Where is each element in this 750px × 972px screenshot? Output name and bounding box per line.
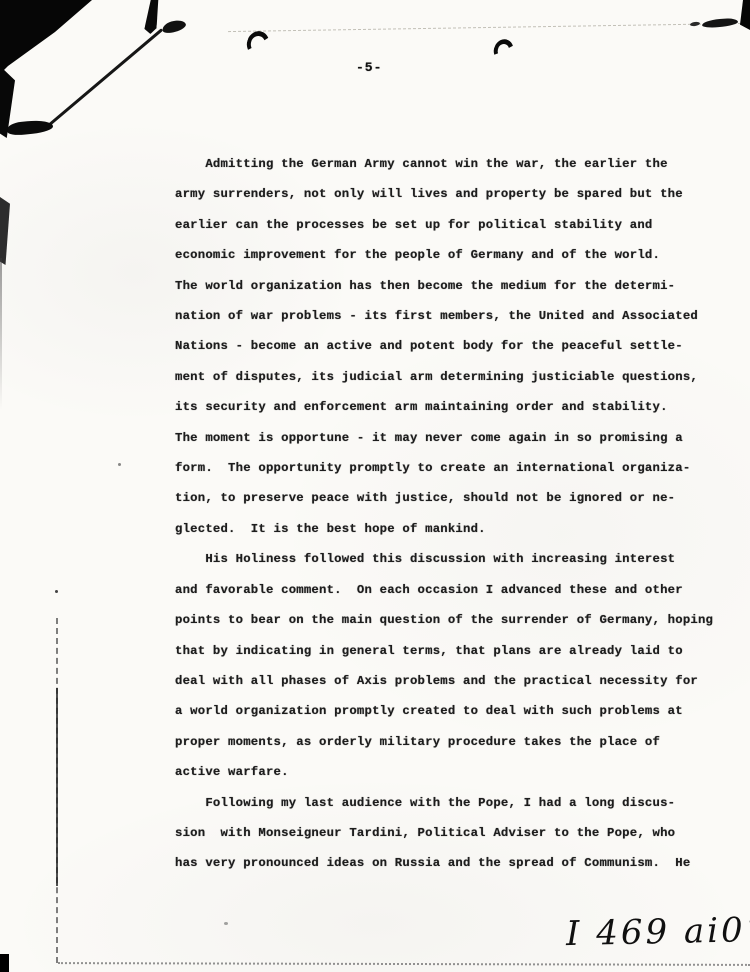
text-line: earlier can the processes be set up for … <box>175 210 720 240</box>
bottom-scan-line <box>58 962 750 966</box>
bottom-left-edge-mark <box>0 954 9 972</box>
fold-crease-mark <box>6 119 53 137</box>
text-line: deal with all phases of Axis problems an… <box>175 666 720 696</box>
text-line: army surrenders, not only will lives and… <box>175 179 720 209</box>
top-right-edge-mark <box>740 0 750 30</box>
text-line: Nations - become an active and potent bo… <box>175 331 720 361</box>
paper-speck <box>224 922 228 925</box>
text-line: form. The opportunity promptly to create… <box>175 453 720 483</box>
text-line: points to bear on the main question of t… <box>175 605 720 635</box>
scanned-document-page: -5- Admitting the German Army cannot win… <box>0 0 750 972</box>
left-vertical-line-dark <box>56 688 58 886</box>
text-line: its security and enforcement arm maintai… <box>175 392 720 422</box>
text-line: ment of disputes, its judicial arm deter… <box>175 362 720 392</box>
paper-speck <box>118 463 121 466</box>
text-line: proper moments, as orderly military proc… <box>175 727 720 757</box>
speck-dot <box>55 590 58 593</box>
text-line: Following my last audience with the Pope… <box>175 788 720 818</box>
text-line: nation of war problems - its first membe… <box>175 301 720 331</box>
top-scan-line <box>228 23 746 32</box>
top-right-smudge-small <box>690 21 700 26</box>
fold-crease-line <box>45 28 163 128</box>
text-line: tion, to preserve peace with justice, sh… <box>175 483 720 513</box>
text-line: His Holiness followed this discussion wi… <box>175 544 720 574</box>
text-line: Admitting the German Army cannot win the… <box>175 149 720 179</box>
text-line: and favorable comment. On each occasion … <box>175 575 720 605</box>
handwritten-archive-number: I 469 ai07 <box>566 910 750 954</box>
text-line: sion with Monseigneur Tardini, Political… <box>175 818 720 848</box>
stray-curl-mark-left <box>244 28 273 59</box>
left-edge-hairline <box>0 258 2 448</box>
top-right-smudge <box>702 17 739 28</box>
stray-curl-mark-right <box>490 36 516 64</box>
text-line: glected. It is the best hope of mankind. <box>175 514 720 544</box>
text-line: a world organization promptly created to… <box>175 696 720 726</box>
text-line: has very pronounced ideas on Russia and … <box>175 848 720 878</box>
page-number: -5- <box>356 60 382 75</box>
text-line: that by indicating in general terms, tha… <box>175 636 720 666</box>
text-line: active warfare. <box>175 757 720 787</box>
text-line: economic improvement for the people of G… <box>175 240 720 270</box>
text-line: The moment is opportune - it may never c… <box>175 423 720 453</box>
left-edge-streak <box>0 197 10 265</box>
text-line: The world organization has then become t… <box>175 271 720 301</box>
typewritten-body: Admitting the German Army cannot win the… <box>175 149 720 879</box>
corner-ink-blob <box>161 18 187 35</box>
folded-corner-artifact <box>0 0 96 80</box>
